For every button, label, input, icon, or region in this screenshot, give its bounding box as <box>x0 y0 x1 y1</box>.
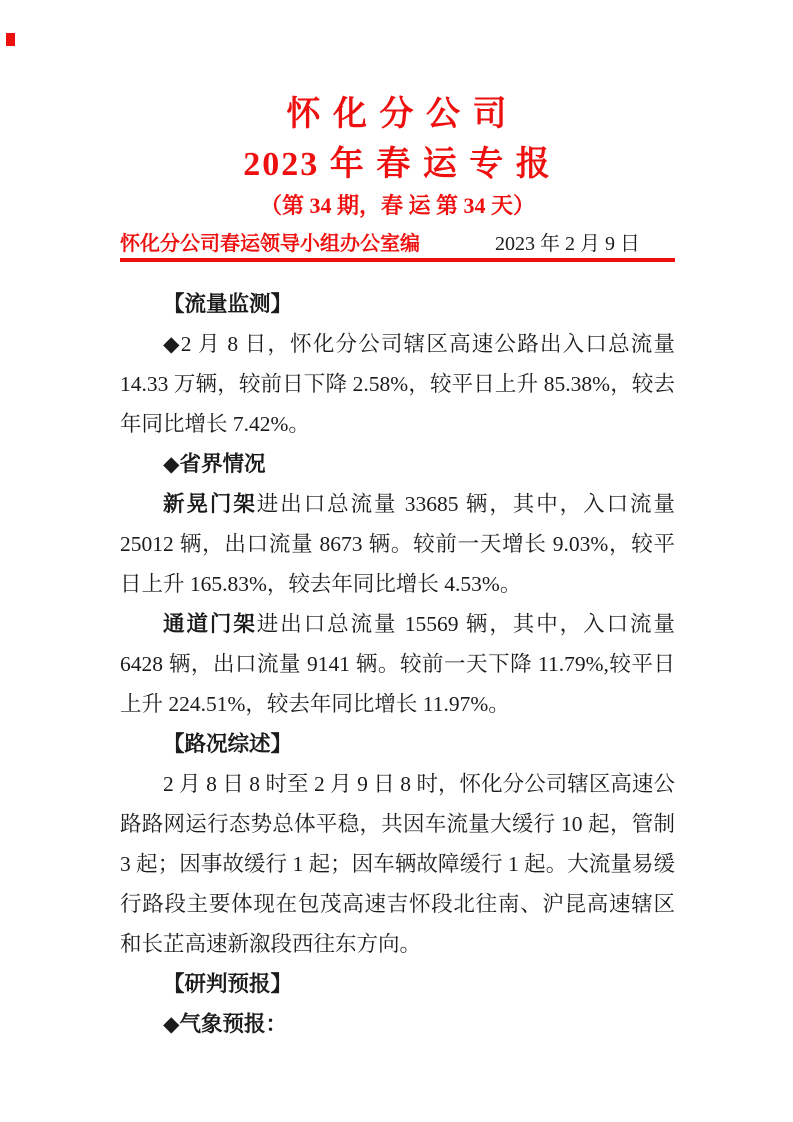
red-scan-artifact-mark <box>6 33 15 46</box>
editor-row: 怀化分公司春运领导小组办公室编 2023 年 2 月 9 日 <box>120 232 675 256</box>
text-segment: 【路况综述】 <box>163 732 292 756</box>
header-divider-rule <box>120 258 675 262</box>
text-segment: 【流量监测】 <box>163 292 292 316</box>
document-page: 怀 化 分 公 司 2023 年 春 运 专 报 （第 34 期，春 运 第 3… <box>0 0 793 1122</box>
text-segment: 通道门架 <box>163 612 257 636</box>
text-segment: 新晃门架 <box>163 492 257 516</box>
text-segment: ◆气象预报： <box>163 1012 287 1036</box>
text-segment: 2 月 8 日 8 时至 2 月 9 日 8 时，怀化分公司辖区高速公路路网运行… <box>120 772 675 956</box>
section-heading: 【路况综述】 <box>120 724 675 764</box>
section-heading: ◆省界情况 <box>120 444 675 484</box>
document-body: 【流量监测】◆2 月 8 日，怀化分公司辖区高速公路出入口总流量 14.33 万… <box>120 284 675 1044</box>
body-paragraph: 2 月 8 日 8 时至 2 月 9 日 8 时，怀化分公司辖区高速公路路网运行… <box>120 764 675 964</box>
report-date: 2023 年 2 月 9 日 <box>495 232 640 256</box>
company-title: 怀 化 分 公 司 <box>120 94 675 136</box>
text-segment: ◆省界情况 <box>163 452 266 476</box>
section-heading: 【研判预报】 <box>120 964 675 1004</box>
editor-label: 怀化分公司春运领导小组办公室编 <box>120 232 420 256</box>
section-heading: 【流量监测】 <box>120 284 675 324</box>
document-header: 怀 化 分 公 司 2023 年 春 运 专 报 （第 34 期，春 运 第 3… <box>120 94 675 262</box>
body-paragraph: 新晃门架进出口总流量 33685 辆，其中，入口流量 25012 辆，出口流量 … <box>120 484 675 604</box>
issue-number-line: （第 34 期，春 运 第 34 天） <box>120 192 675 220</box>
report-title: 2023 年 春 运 专 报 <box>120 144 675 186</box>
body-paragraph: ◆2 月 8 日，怀化分公司辖区高速公路出入口总流量 14.33 万辆，较前日下… <box>120 324 675 444</box>
section-heading: ◆气象预报： <box>120 1004 675 1044</box>
text-segment: ◆2 月 8 日，怀化分公司辖区高速公路出入口总流量 14.33 万辆，较前日下… <box>120 332 675 436</box>
text-segment: 【研判预报】 <box>163 972 292 996</box>
body-paragraph: 通道门架进出口总流量 15569 辆，其中，入口流量 6428 辆，出口流量 9… <box>120 604 675 724</box>
